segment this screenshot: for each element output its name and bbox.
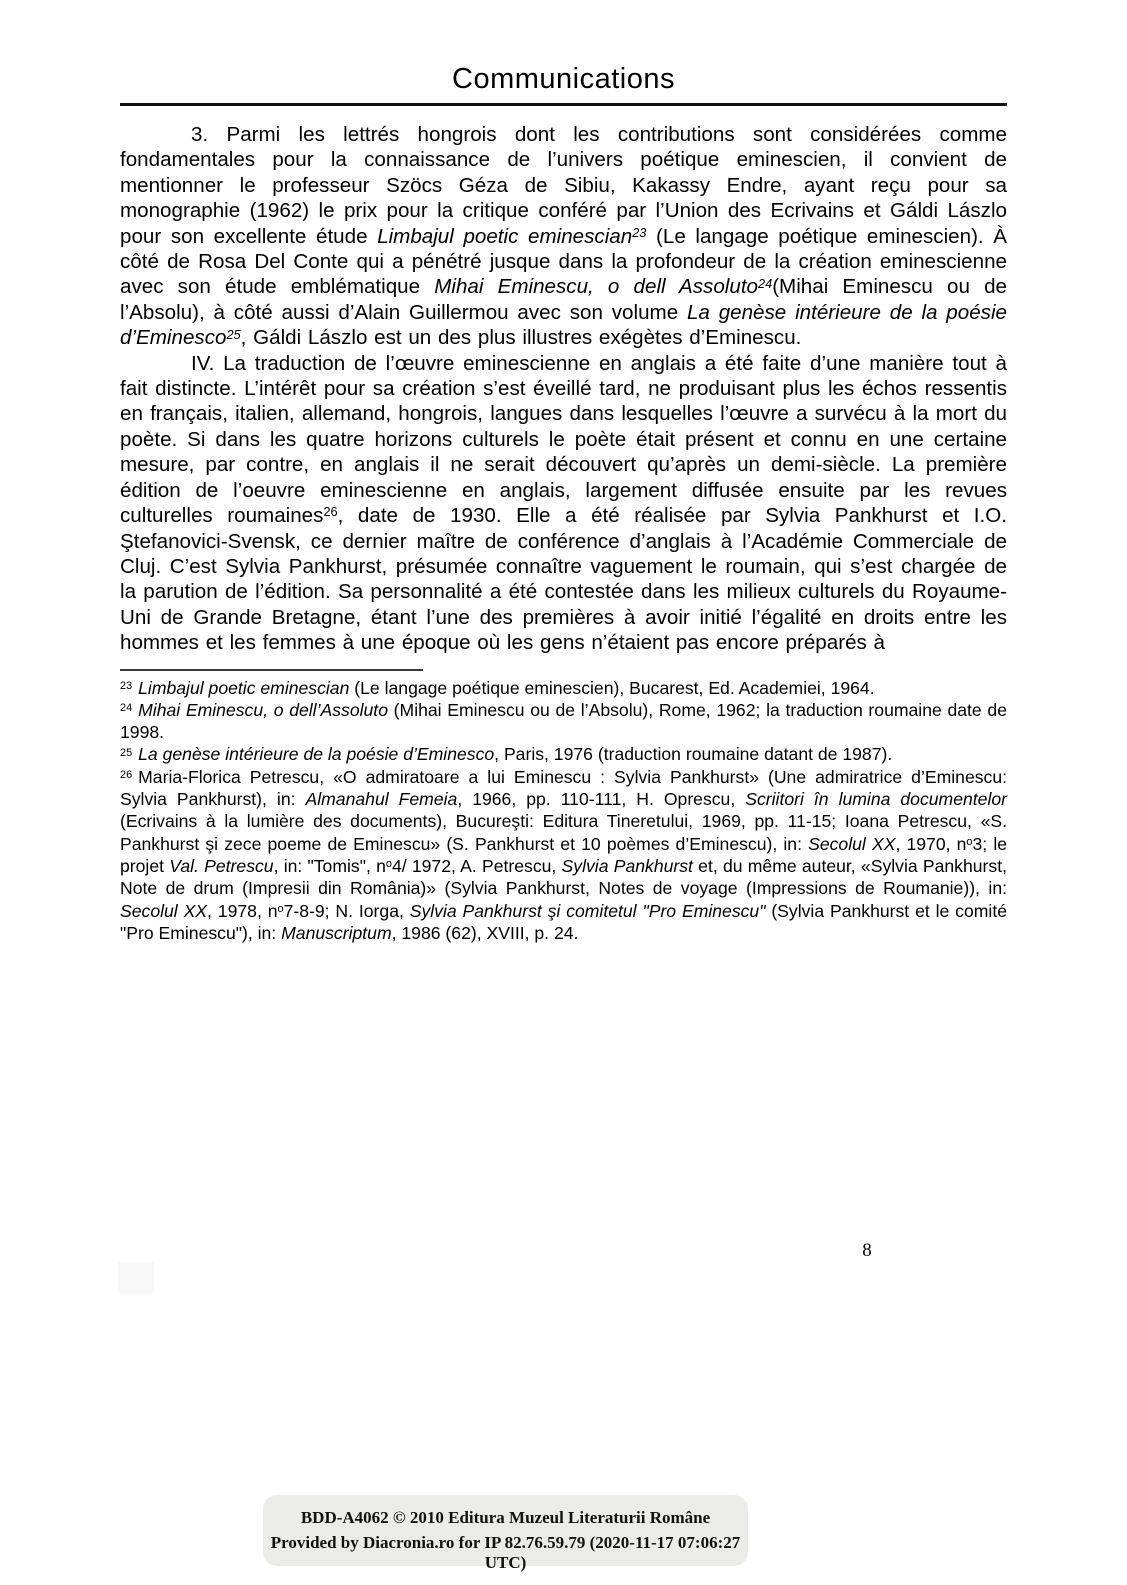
header-rule [120,103,1007,106]
footnote-marker: 23 [120,680,132,692]
page-header-title: Communications [120,62,1007,96]
footnote-marker: 25 [120,747,132,759]
provider-stamp: BDD-A4062 © 2010 Editura Muzeul Literatu… [263,1495,748,1566]
stamp-copyright-line: BDD-A4062 © 2010 Editura Muzeul Literatu… [263,1508,748,1528]
footnote-marker: 26 [120,769,132,781]
footnote-24: 24Mihai Eminescu, o dell’Assoluto (Mihai… [120,699,1007,744]
footnote-text: Mihai Eminescu, o dell’Assoluto (Mihai E… [120,700,1007,742]
scan-artifact [118,1262,154,1294]
footnote-text: La genèse intérieure de la poésie d’Emin… [138,744,892,764]
footnote-separator [120,669,423,671]
footnote-25: 25La genèse intérieure de la poésie d’Em… [120,743,1007,765]
text-column: Communications 3. Parmi les lettrés hong… [120,0,1007,944]
footnote-26: 26Maria-Florica Petrescu, «O admiratoare… [120,766,1007,944]
footnotes-section: 23Limbajul poetic eminescian (Le langage… [120,677,1007,945]
body-text: 3. Parmi les lettrés hongrois dont les c… [120,122,1007,656]
paragraph-3: 3. Parmi les lettrés hongrois dont les c… [120,122,1007,351]
footnote-text: Limbajul poetic eminescian (Le langage p… [138,678,874,698]
page-number: 8 [852,1240,882,1262]
document-page: Communications 3. Parmi les lettrés hong… [0,0,1127,1585]
paragraph-4: IV. La traduction de l’œuvre eminescienn… [120,351,1007,656]
footnote-marker: 24 [120,702,132,714]
stamp-provider-line: Provided by Diacronia.ro for IP 82.76.59… [263,1533,748,1573]
footnote-23: 23Limbajul poetic eminescian (Le langage… [120,677,1007,699]
footnote-text: Maria-Florica Petrescu, «O admiratoare a… [120,767,1007,943]
